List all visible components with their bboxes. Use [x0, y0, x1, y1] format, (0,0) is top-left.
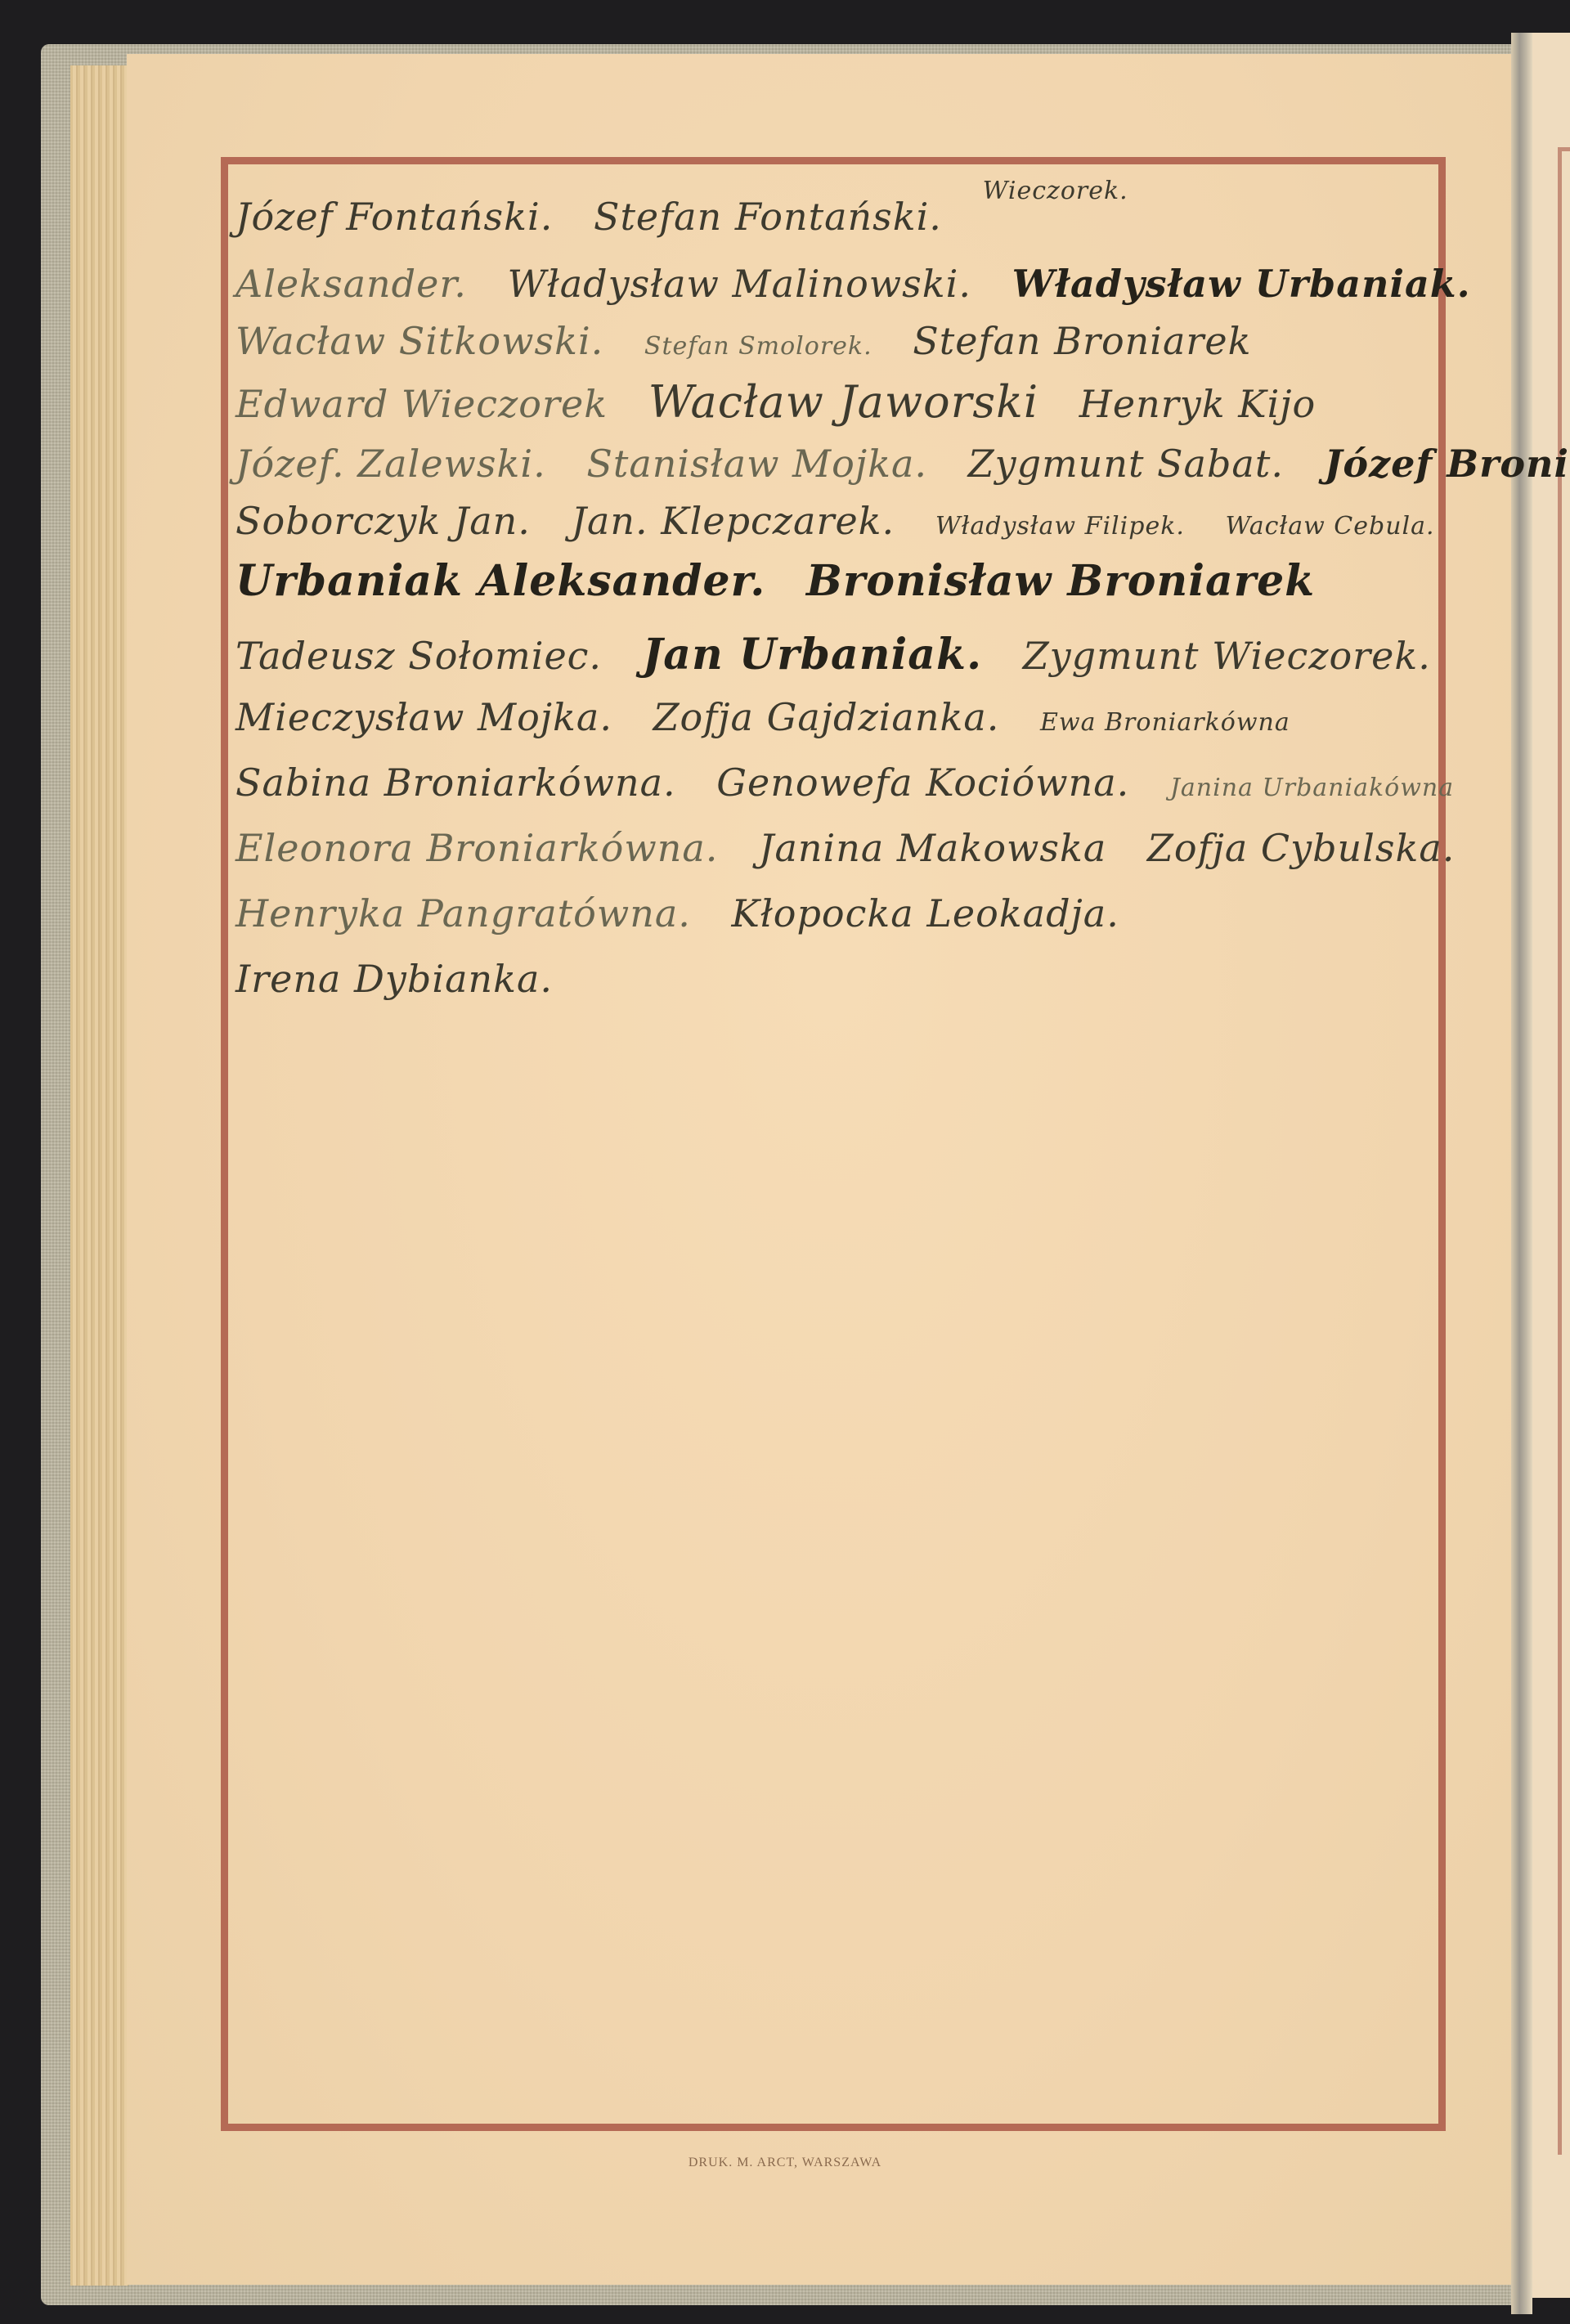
- name-entry: Józef Fontański.: [235, 195, 553, 239]
- name-entry: Janina Urbaniakówna: [1170, 774, 1454, 802]
- list-line: Soborczyk Jan. Jan. Klepczarek. Władysła…: [235, 499, 1463, 543]
- name-entry: Stanisław Mojka.: [586, 442, 927, 486]
- list-line: Irena Dybianka.: [235, 957, 581, 1001]
- name-entry: Wieczorek.: [983, 177, 1128, 205]
- name-entry: Ewa Broniarkówna: [1040, 708, 1290, 737]
- name-entry: Sabina Broniarkówna.: [235, 760, 676, 805]
- list-line: Wacław Sitkowski. Stefan Smolorek. Stefa…: [235, 319, 1280, 363]
- list-line: Józef. Zalewski. Stanisław Mojka. Zygmun…: [235, 442, 1570, 486]
- name-entry: Stefan Broniarek: [913, 319, 1251, 363]
- name-entry: Wacław Jaworski: [648, 376, 1038, 428]
- book-gutter: [1511, 33, 1532, 2314]
- name-entry: Bronisław Broniarek: [806, 556, 1315, 606]
- name-entry: Jan Urbaniak.: [643, 630, 982, 680]
- list-line: Józef Fontański. Stefan Fontański. Wiecz…: [235, 195, 1156, 239]
- name-entry: Zygmunt Wieczorek.: [1023, 634, 1431, 678]
- name-entry: Józef. Zalewski.: [235, 442, 546, 486]
- list-line: Mieczysław Mojka. Zofja Gajdzianka. Ewa …: [235, 695, 1318, 739]
- name-entry: Władysław Filipek.: [935, 512, 1185, 541]
- name-entry: Mieczysław Mojka.: [235, 695, 612, 739]
- name-entry: Stefan Smolorek.: [644, 332, 872, 361]
- name-entry: Wacław Cebula.: [1226, 512, 1435, 541]
- name-entry: Henryka Pangratówna.: [235, 891, 691, 935]
- name-entry: Zygmunt Sabat.: [968, 442, 1284, 486]
- name-entry: Józef Broniarek.: [1325, 442, 1570, 486]
- list-line: Aleksander. Władysław Malinowski. Władys…: [235, 262, 1499, 306]
- name-entry: Urbaniak Aleksander.: [235, 556, 765, 606]
- name-entry: Edward Wieczorek: [235, 382, 608, 426]
- name-entry: Zofja Gajdzianka.: [653, 695, 1000, 739]
- name-entry: Genowefa Kociówna.: [716, 760, 1129, 805]
- name-entry: Kłopocka Leokadja.: [732, 891, 1119, 935]
- name-entry: Jan. Klepczarek.: [572, 499, 895, 543]
- page-stack-edge: [70, 65, 128, 2286]
- list-line: Eleonora Broniarkówna. Janina Makowska Z…: [235, 826, 1483, 870]
- name-entry: Soborczyk Jan.: [235, 499, 531, 543]
- name-entry: Irena Dybianka.: [235, 957, 553, 1001]
- list-line: Tadeusz Sołomiec. Jan Urbaniak. Zygmunt …: [235, 630, 1459, 680]
- list-line: Sabina Broniarkówna. Genowefa Kociówna. …: [235, 760, 1482, 805]
- name-entry: Władysław Urbaniak.: [1012, 262, 1471, 306]
- name-entry: Tadeusz Sołomiec.: [235, 634, 602, 678]
- list-line: Henryka Pangratówna. Kłopocka Leokadja.: [235, 891, 1147, 935]
- name-entry: Władysław Malinowski.: [508, 262, 971, 306]
- name-entry: Wacław Sitkowski.: [235, 319, 603, 363]
- name-entry: Zofja Cybulska.: [1147, 826, 1456, 870]
- name-entry: Aleksander.: [235, 262, 467, 306]
- name-entry: Janina Makowska: [759, 826, 1106, 870]
- name-entry: Eleonora Broniarkówna.: [235, 826, 718, 870]
- name-entry: Stefan Fontański.: [594, 195, 942, 239]
- list-line: Edward Wieczorek Wacław Jaworski Henryk …: [235, 376, 1343, 428]
- name-entry: Henryk Kijo: [1079, 382, 1316, 426]
- list-line: Urbaniak Aleksander. Bronisław Broniarek: [235, 556, 1343, 606]
- printer-imprint: DRUK. M. ARCT, WARSZAWA: [0, 2156, 1570, 2170]
